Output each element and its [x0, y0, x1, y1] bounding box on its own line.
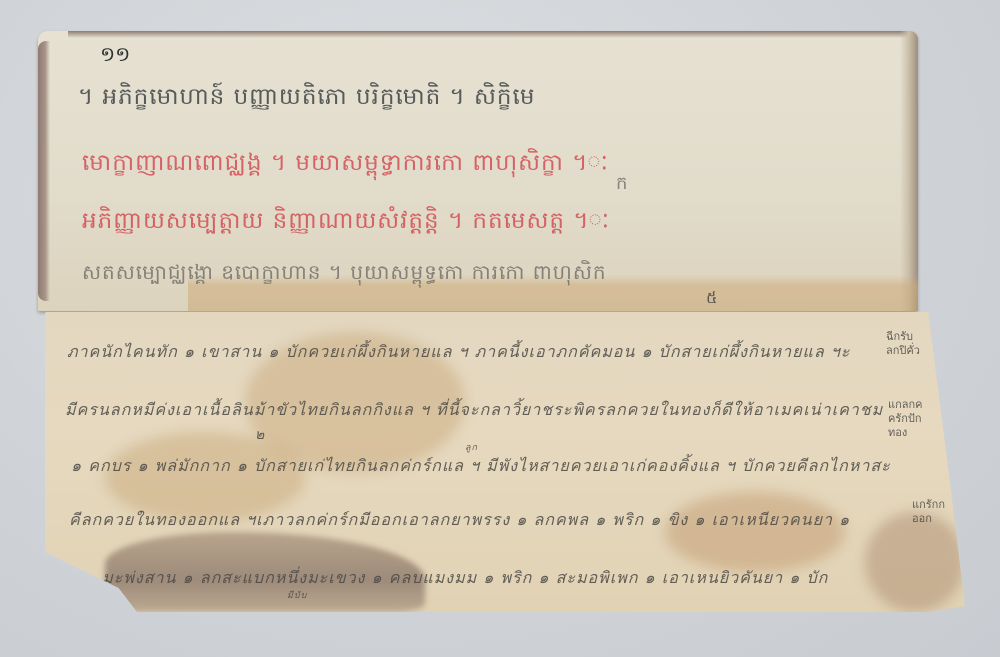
khmer-line-1: ។ អភិក្ខមោហាន៍ បញ្ញាយតិភោ បរិក្ខមោតិ ។ ស…	[78, 83, 535, 116]
leaf-edge-top	[68, 31, 908, 38]
margin-note: แกรักก ออก	[912, 498, 945, 526]
margin-note: ฉีกรับ ลกปิคั่ว	[886, 330, 920, 358]
leaf-edge-left	[38, 41, 50, 301]
thai-line-4: คีลกควยในทองออกแล ฯเภาวลกค่กร์กมีออกเอาล…	[69, 508, 850, 533]
manuscript-top-leaf: ១១ ។ អភិក្ខមោហាន៍ បញ្ញាយតិភោ បរិក្ខមោតិ …	[38, 31, 918, 311]
thai-line-5: ๑ มะพ่งสาน ๑ ลกสะแบกหนึ่งมะเขวง ๑ คลบแมง…	[85, 566, 828, 591]
khmer-line-3: អភិញ្ញាយសម្បេត្តាយ និញ្ញាណាយសំវត្តន្តិ ។…	[82, 207, 610, 240]
pencil-annotation: ៥	[706, 287, 718, 311]
margin-note: แกลกค ครักปัก ทอง	[888, 398, 923, 440]
thai-line-2: มีครนลกหมีค่งเอาเนื้อลินม้าขัวไทยกินลกกิ…	[65, 398, 883, 423]
leaf-fold-right	[900, 31, 918, 311]
pencil-annotation: ក	[616, 171, 628, 198]
manuscript-bottom-leaf: ภาคนักไคนทัก ๑ เขาสาน ๑ บักควยเก่ผึ้งกิน…	[45, 312, 965, 612]
page-number: ១១	[100, 41, 130, 71]
insert-mark: ๒	[255, 424, 265, 446]
insert-mark: ลูก	[465, 440, 478, 454]
thai-line-1: ภาคนักไคนทัก ๑ เขาสาน ๑ บักควยเก่ผึ้งกิน…	[67, 340, 850, 365]
water-stain	[865, 512, 965, 612]
khmer-line-4: សតសម្បោជ្ឈង្គោ ឧបោក្ខាហាន ។ បុយាសម្ពុទ្ធ…	[82, 259, 607, 289]
thai-line-3: ๑ คกบร ๑ พล่มักกาก ๑ บักสายเก่ไทยกินลกค่…	[71, 454, 891, 479]
khmer-line-2: មោក្ខាញាណពោជ្ឈង្គ ។ មយាសម្ពុទ្ធាការកោ ពា…	[82, 149, 609, 182]
insert-mark: มีบับ	[287, 588, 307, 602]
